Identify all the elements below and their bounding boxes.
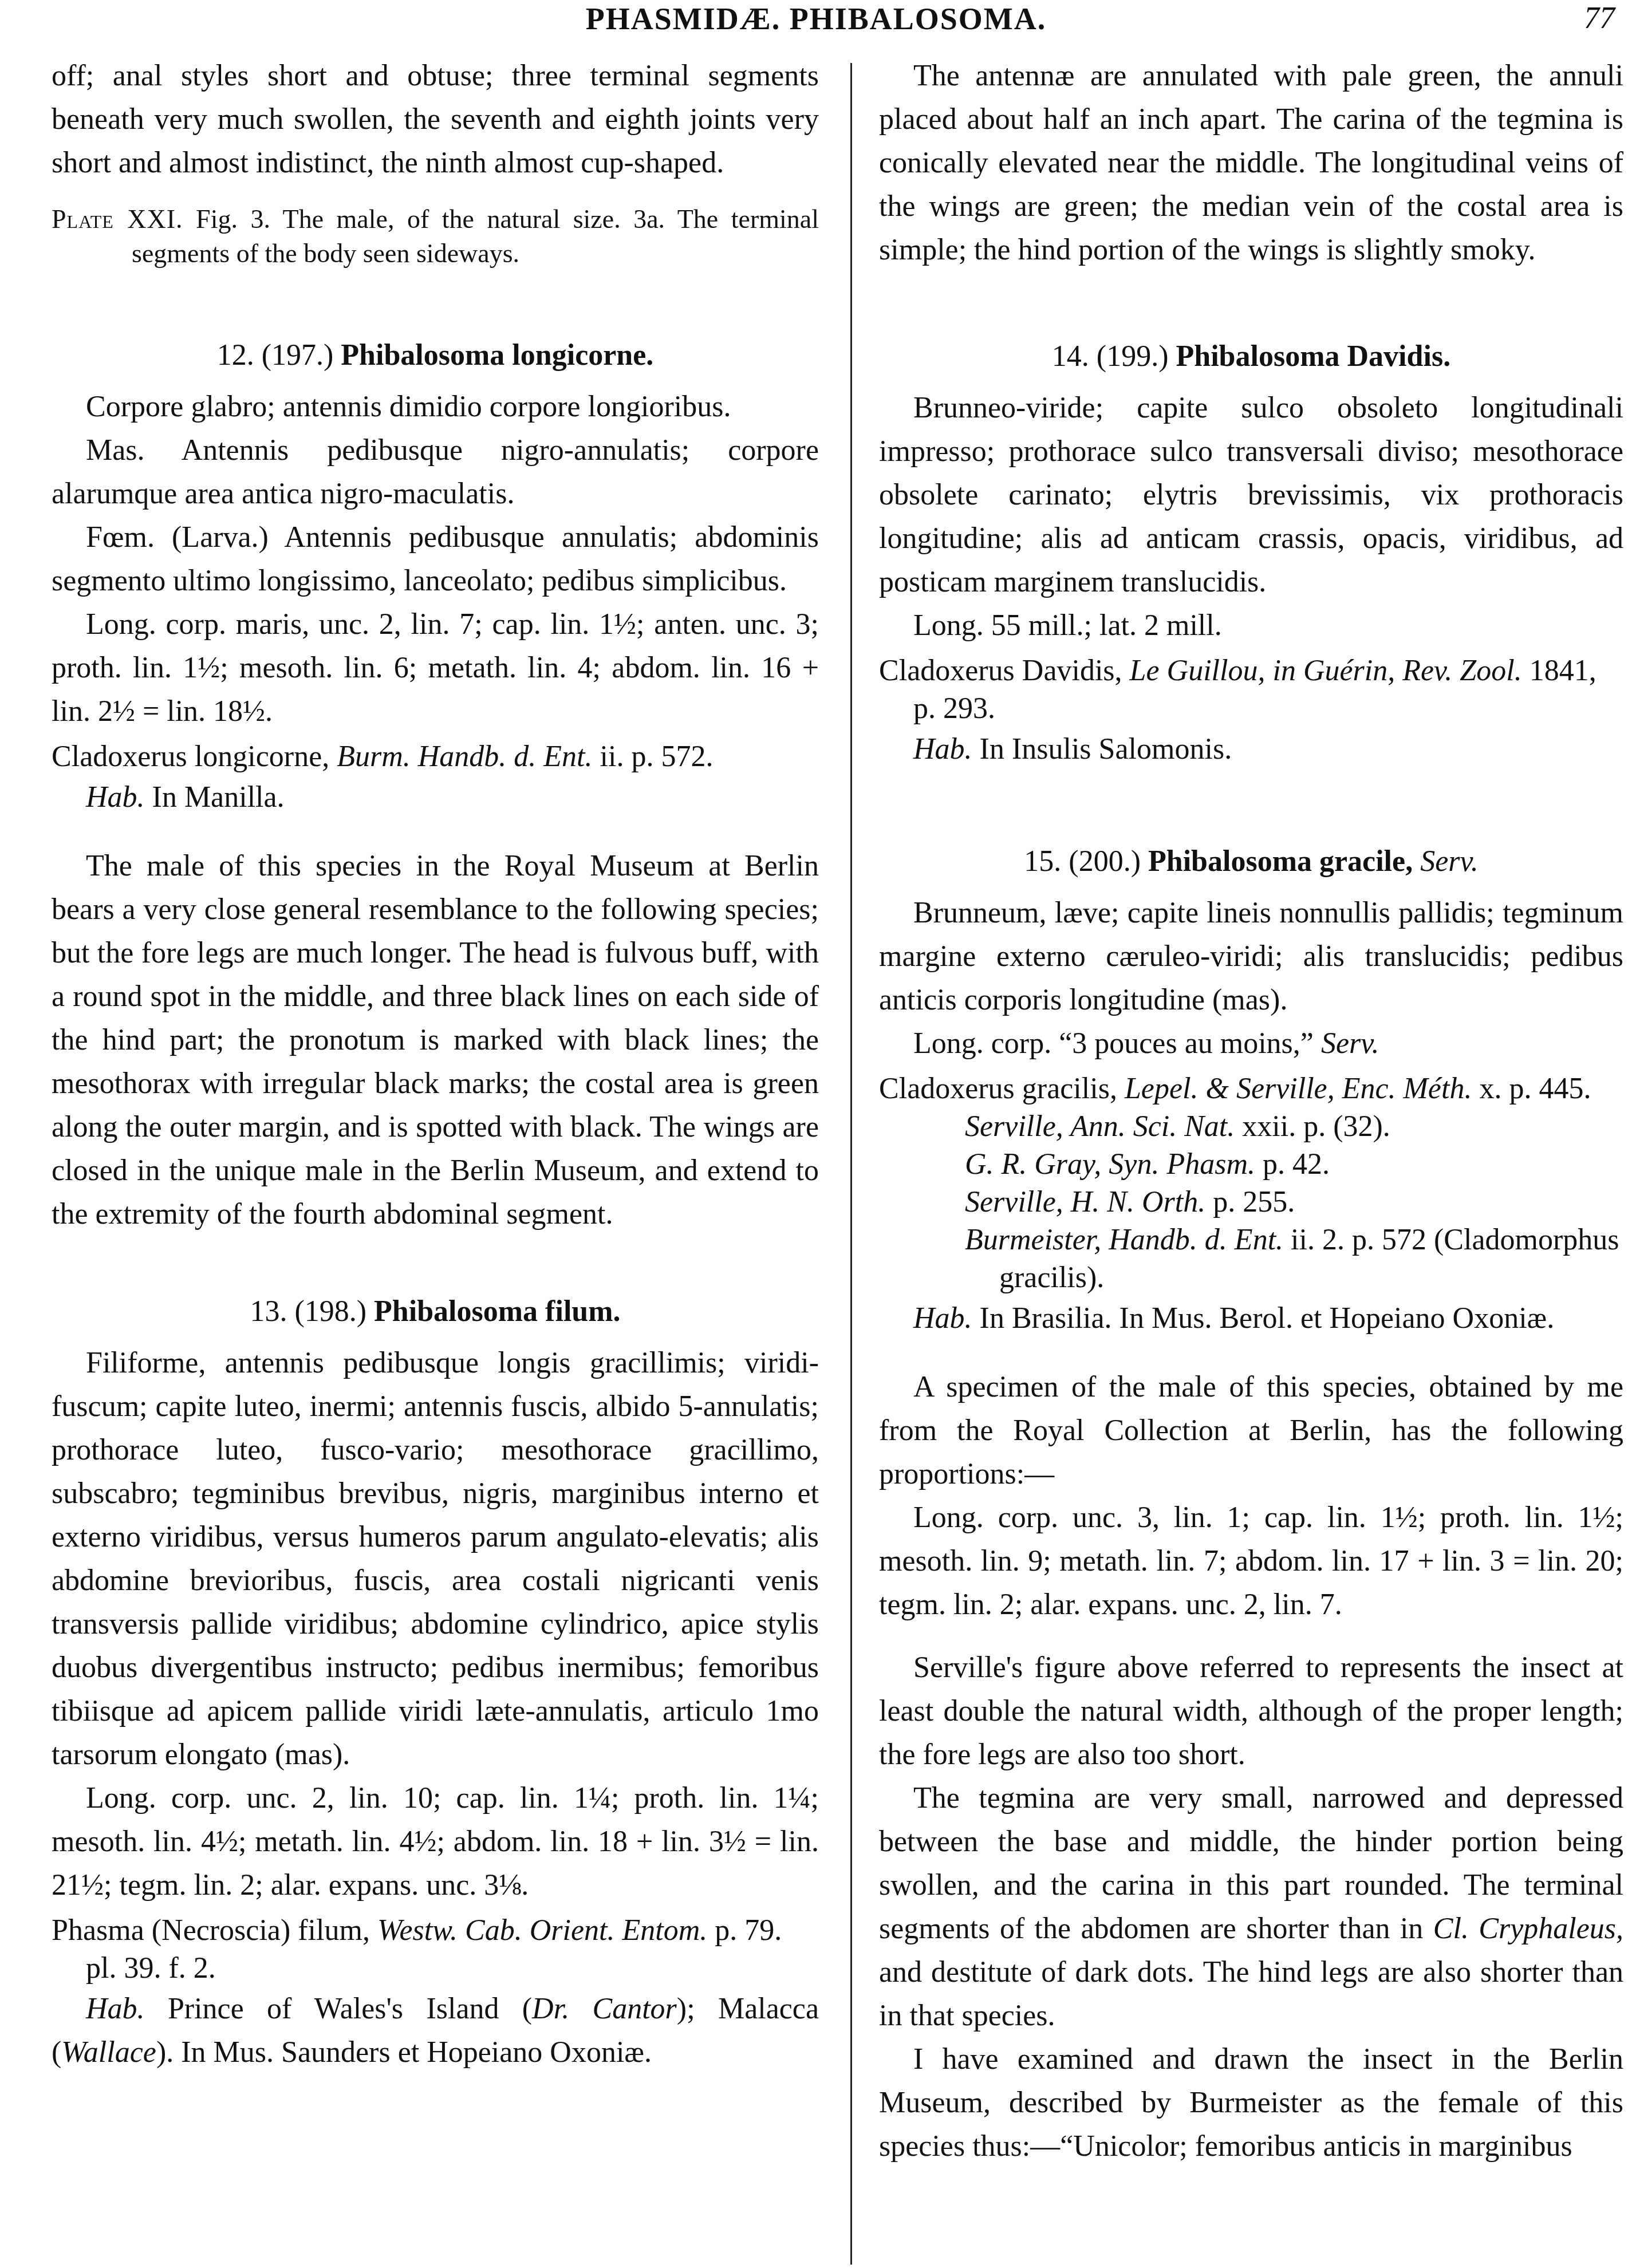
habitat-text: In Insulis Salomonis.	[980, 733, 1232, 766]
species-name: Phibalosoma filum.	[374, 1295, 621, 1328]
spacer	[879, 777, 1623, 806]
synonymy: Cladoxerus gracilis, Lepel. & Serville, …	[879, 1070, 1623, 1297]
species-name: Phibalosoma gracile,	[1148, 845, 1413, 878]
synonym-reference: Burm. Handb. d. Ent.	[337, 740, 592, 773]
synonym-reference: G. R. Gray, Syn. Phasm.	[965, 1148, 1255, 1181]
synonym-reference: Lepel. & Serville, Enc. Méth.	[1125, 1072, 1472, 1105]
habitat: Hab. Prince of Wales's Island (Dr. Canto…	[52, 1987, 819, 2074]
remarks-paragraph: I have examined and drawn the insect in …	[879, 2038, 1623, 2168]
synonym-reference: Serville, Ann. Sci. Nat.	[965, 1110, 1235, 1143]
synonym-entry: Serville, H. N. Orth. p. 255.	[913, 1184, 1623, 1221]
measurements: Long. corp. unc. 3, lin. 1; cap. lin. 1½…	[879, 1496, 1623, 1627]
synonym-page: p. 42.	[1263, 1148, 1330, 1181]
measurements: Long. 55 mill.; lat. 2 mill.	[879, 604, 1623, 648]
spacer	[52, 1236, 819, 1256]
female-description: Fœm. (Larva.) Antennis pedibusque annula…	[52, 516, 819, 603]
column-divider	[850, 63, 852, 2265]
synonym-page: p. 255.	[1213, 1186, 1295, 1218]
plate-caption-text: Fig. 3. The male, of the natural size. 3…	[132, 204, 819, 268]
habitat-label: Hab.	[86, 1993, 145, 2025]
male-description: Mas. Antennis pedibusque nigro-annulatis…	[52, 429, 819, 516]
habitat-text: In Manilla.	[152, 781, 285, 814]
page-number: 77	[1584, 0, 1615, 36]
habitat-label: Hab.	[913, 1302, 972, 1335]
synonym-entry: Serville, Ann. Sci. Nat. xxii. p. (32).	[913, 1108, 1623, 1146]
species-number: 15. (200.)	[1024, 845, 1141, 878]
species-author: Serv.	[1420, 845, 1479, 878]
synonym-entry: Burmeister, Handb. d. Ent. ii. 2. p. 572…	[913, 1221, 1623, 1297]
synonym-page: xxii. p. (32).	[1242, 1110, 1390, 1143]
taxon-name: Cl. Cryphaleus,	[1433, 1912, 1623, 1945]
spacer	[52, 271, 819, 299]
plate-label: Plate XXI.	[52, 204, 183, 234]
habitat: Hab. In Insulis Salomonis.	[879, 728, 1623, 771]
habitat: Hab. In Manilla.	[52, 776, 819, 819]
synonym-name: Cladoxerus Davidis,	[879, 654, 1122, 687]
species-heading-13: 13. (198.) Phibalosoma filum.	[52, 1290, 819, 1334]
synonym-reference: Westw. Cab. Orient. Entom.	[377, 1914, 707, 1947]
synonym-reference: Burmeister, Handb. d. Ent.	[965, 1224, 1283, 1256]
spacer	[879, 1346, 1623, 1366]
synonym-name: Cladoxerus longicorne,	[52, 740, 329, 773]
synonym-page: ii. p. 572.	[600, 740, 713, 773]
left-column: off; anal styles short and obtuse; three…	[52, 54, 819, 2080]
running-head: PHASMIDÆ. PHIBALOSOMA.	[0, 1, 1632, 37]
measurements: Long. corp. unc. 2, lin. 10; cap. lin. 1…	[52, 1777, 819, 1907]
species-heading-15: 15. (200.) Phibalosoma gracile, Serv.	[879, 840, 1623, 883]
remarks-paragraph: The tegmina are very small, narrowed and…	[879, 1777, 1623, 2038]
synonym-entry: G. R. Gray, Syn. Phasm. p. 42.	[913, 1146, 1623, 1184]
synonym-name: Phasma (Necroscia) filum,	[52, 1914, 370, 1947]
species-heading-14: 14. (199.) Phibalosoma Davidis.	[879, 335, 1623, 378]
species-number: 14. (199.)	[1052, 340, 1169, 373]
species-name: Phibalosoma longicorne.	[341, 339, 653, 372]
species-name: Phibalosoma Davidis.	[1176, 340, 1450, 373]
synonym-page: x. p. 445.	[1479, 1072, 1591, 1105]
species-number: 13. (198.)	[250, 1295, 366, 1328]
collector-name: Dr. Cantor	[532, 1993, 677, 2025]
species-diagnosis: Corpore glabro; antennis dimidio corpore…	[52, 385, 819, 429]
measurements-author: Serv.	[1321, 1027, 1379, 1060]
page-header: PHASMIDÆ. PHIBALOSOMA. 77	[0, 0, 1632, 40]
remarks-text: and destitute of dark dots. The hind leg…	[879, 1956, 1623, 2032]
species-diagnosis: Filiforme, antennis pedibusque longis gr…	[52, 1342, 819, 1777]
spacer	[52, 825, 819, 845]
species-number: 12. (197.)	[217, 339, 334, 372]
synonym-name: Cladoxerus gracilis,	[879, 1072, 1117, 1105]
habitat-label: Hab.	[913, 733, 972, 766]
measurements: Long. corp. maris, unc. 2, lin. 7; cap. …	[52, 603, 819, 733]
remarks-paragraph: Serville's figure above referred to repr…	[879, 1646, 1623, 1777]
synonymy: Cladoxerus Davidis, Le Guillou, in Guéri…	[879, 652, 1623, 728]
synonymy: Phasma (Necroscia) filum, Westw. Cab. Or…	[52, 1912, 819, 1987]
right-column: The antennæ are annulated with pale gree…	[879, 54, 1623, 2168]
habitat-label: Hab.	[86, 781, 145, 814]
species-diagnosis: Brunneum, læve; capite lineis nonnullis …	[879, 892, 1623, 1022]
habitat-text: ). In Mus. Saunders et Hopeiano Oxoniæ.	[156, 2036, 652, 2069]
continuation-paragraph: The antennæ are annulated with pale gree…	[879, 54, 1623, 272]
measurements: Long. corp. “3 pouces au moins,” Serv.	[879, 1022, 1623, 1066]
specimen-note: A specimen of the male of this species, …	[879, 1366, 1623, 1496]
measurements-text: Long. corp. “3 pouces au moins,”	[913, 1027, 1314, 1060]
collector-name: Wallace	[61, 2036, 156, 2069]
habitat-text: Prince of Wales's Island (	[168, 1993, 532, 2025]
spacer	[879, 1627, 1623, 1646]
plate-caption: Plate XXI. Fig. 3. The male, of the natu…	[52, 202, 819, 271]
species-heading-12: 12. (197.) Phibalosoma longicorne.	[52, 334, 819, 377]
remarks-paragraph: The male of this species in the Royal Mu…	[52, 845, 819, 1236]
synonym-reference: Le Guillou, in Guérin, Rev. Zool.	[1130, 654, 1522, 687]
habitat: Hab. In Brasilia. In Mus. Berol. et Hope…	[879, 1297, 1623, 1340]
synonymy: Cladoxerus longicorne, Burm. Handb. d. E…	[52, 738, 819, 776]
species-diagnosis: Brunneo-viride; capite sulco obsoleto lo…	[879, 386, 1623, 604]
synonym-reference: Serville, H. N. Orth.	[965, 1186, 1205, 1218]
continuation-paragraph: off; anal styles short and obtuse; three…	[52, 54, 819, 185]
habitat-text: In Brasilia. In Mus. Berol. et Hopeiano …	[980, 1302, 1555, 1335]
spacer	[879, 272, 1623, 301]
